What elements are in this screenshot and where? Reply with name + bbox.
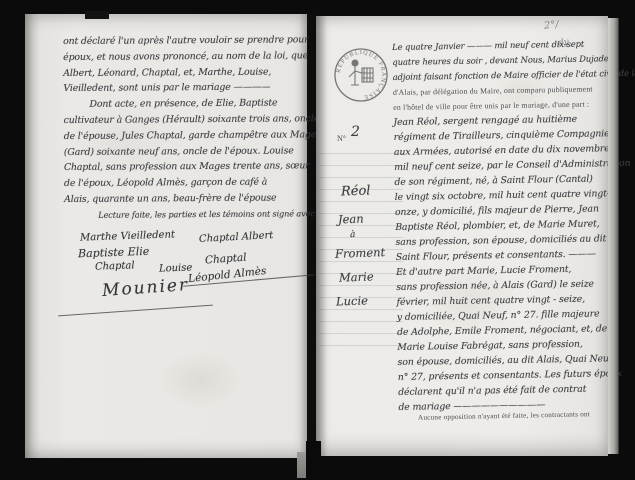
page-right: 2°/ dy RÉPUBLIQUE FRANÇAISE N° 2 Réol Je… [316, 16, 608, 456]
republique-francaise-stamp-icon: RÉPUBLIQUE FRANÇAISE [332, 46, 390, 104]
signature: Chaptal [205, 252, 247, 267]
binding-notch [85, 11, 109, 19]
manuscript-line: Albert, Léonard, Chaptal, et, Marthe, Lo… [63, 64, 307, 81]
manuscript-line: de l'épouse, Jules Chaptal, garde champê… [64, 127, 308, 144]
register-scan: ont déclaré l'un après l'autre vouloir s… [0, 0, 635, 480]
binding-shadow [306, 441, 321, 480]
signature: Marthe Vieilledent [80, 229, 175, 243]
right-page-text-block: Le quatre Janvier ——— mil neuf cent dix-… [392, 36, 621, 415]
margin-name: Jean [338, 212, 364, 227]
manuscript-line: Lecture faite, les parties et les témoin… [64, 206, 308, 223]
margin-name: Froment [335, 245, 386, 261]
folio-pencil-mark: 2°/ [543, 19, 559, 31]
book-gutter-shadow [299, 14, 327, 458]
margin-name: à [350, 230, 356, 240]
svg-text:RÉPUBLIQUE FRANÇAISE: RÉPUBLIQUE FRANÇAISE [336, 50, 386, 100]
margin-name: Marie [339, 269, 374, 284]
manuscript-line: Alais, quarante un ans, beau-frère de l'… [64, 190, 308, 207]
signature: Chaptal Albert [199, 230, 274, 245]
left-page-text-block: ont déclaré l'un après l'autre vouloir s… [63, 32, 308, 223]
stamp-legend: RÉPUBLIQUE FRANÇAISE [336, 50, 386, 100]
manuscript-line: époux, et nous avons prononcé, au nom de… [63, 48, 307, 65]
act-number-value: 2 [351, 124, 360, 140]
manuscript-line: cultivateur à Ganges (Hérault) soixante … [64, 111, 308, 128]
manuscript-line: Dont acte, en présence, de Elie, Baptist… [63, 95, 307, 112]
act-number-label: N° [337, 134, 346, 143]
manuscript-line: de l'époux, Léopold Almès, garçon de caf… [64, 174, 308, 191]
signature: Chaptal [95, 260, 135, 272]
manuscript-line: (Gard) soixante neuf ans, oncle de l'épo… [64, 143, 308, 160]
binding-tab [297, 452, 306, 478]
margin-ruled-lines [319, 142, 403, 347]
manuscript-line: ont déclaré l'un après l'autre vouloir s… [63, 32, 307, 49]
margin-name: Réol [341, 183, 371, 199]
page-block-edge [608, 18, 619, 454]
signature: Baptiste Elie [78, 245, 150, 260]
manuscript-line: Chaptal, sans profession aux Mages trent… [64, 159, 308, 176]
page-left: ont déclaré l'un après l'autre vouloir s… [25, 14, 307, 458]
signature: Mounier [101, 275, 189, 301]
signature-flourish [58, 305, 213, 317]
margin-name: Lucie [336, 293, 368, 308]
manuscript-line: Vieilledent, sont unis par le mariage ——… [63, 80, 307, 97]
